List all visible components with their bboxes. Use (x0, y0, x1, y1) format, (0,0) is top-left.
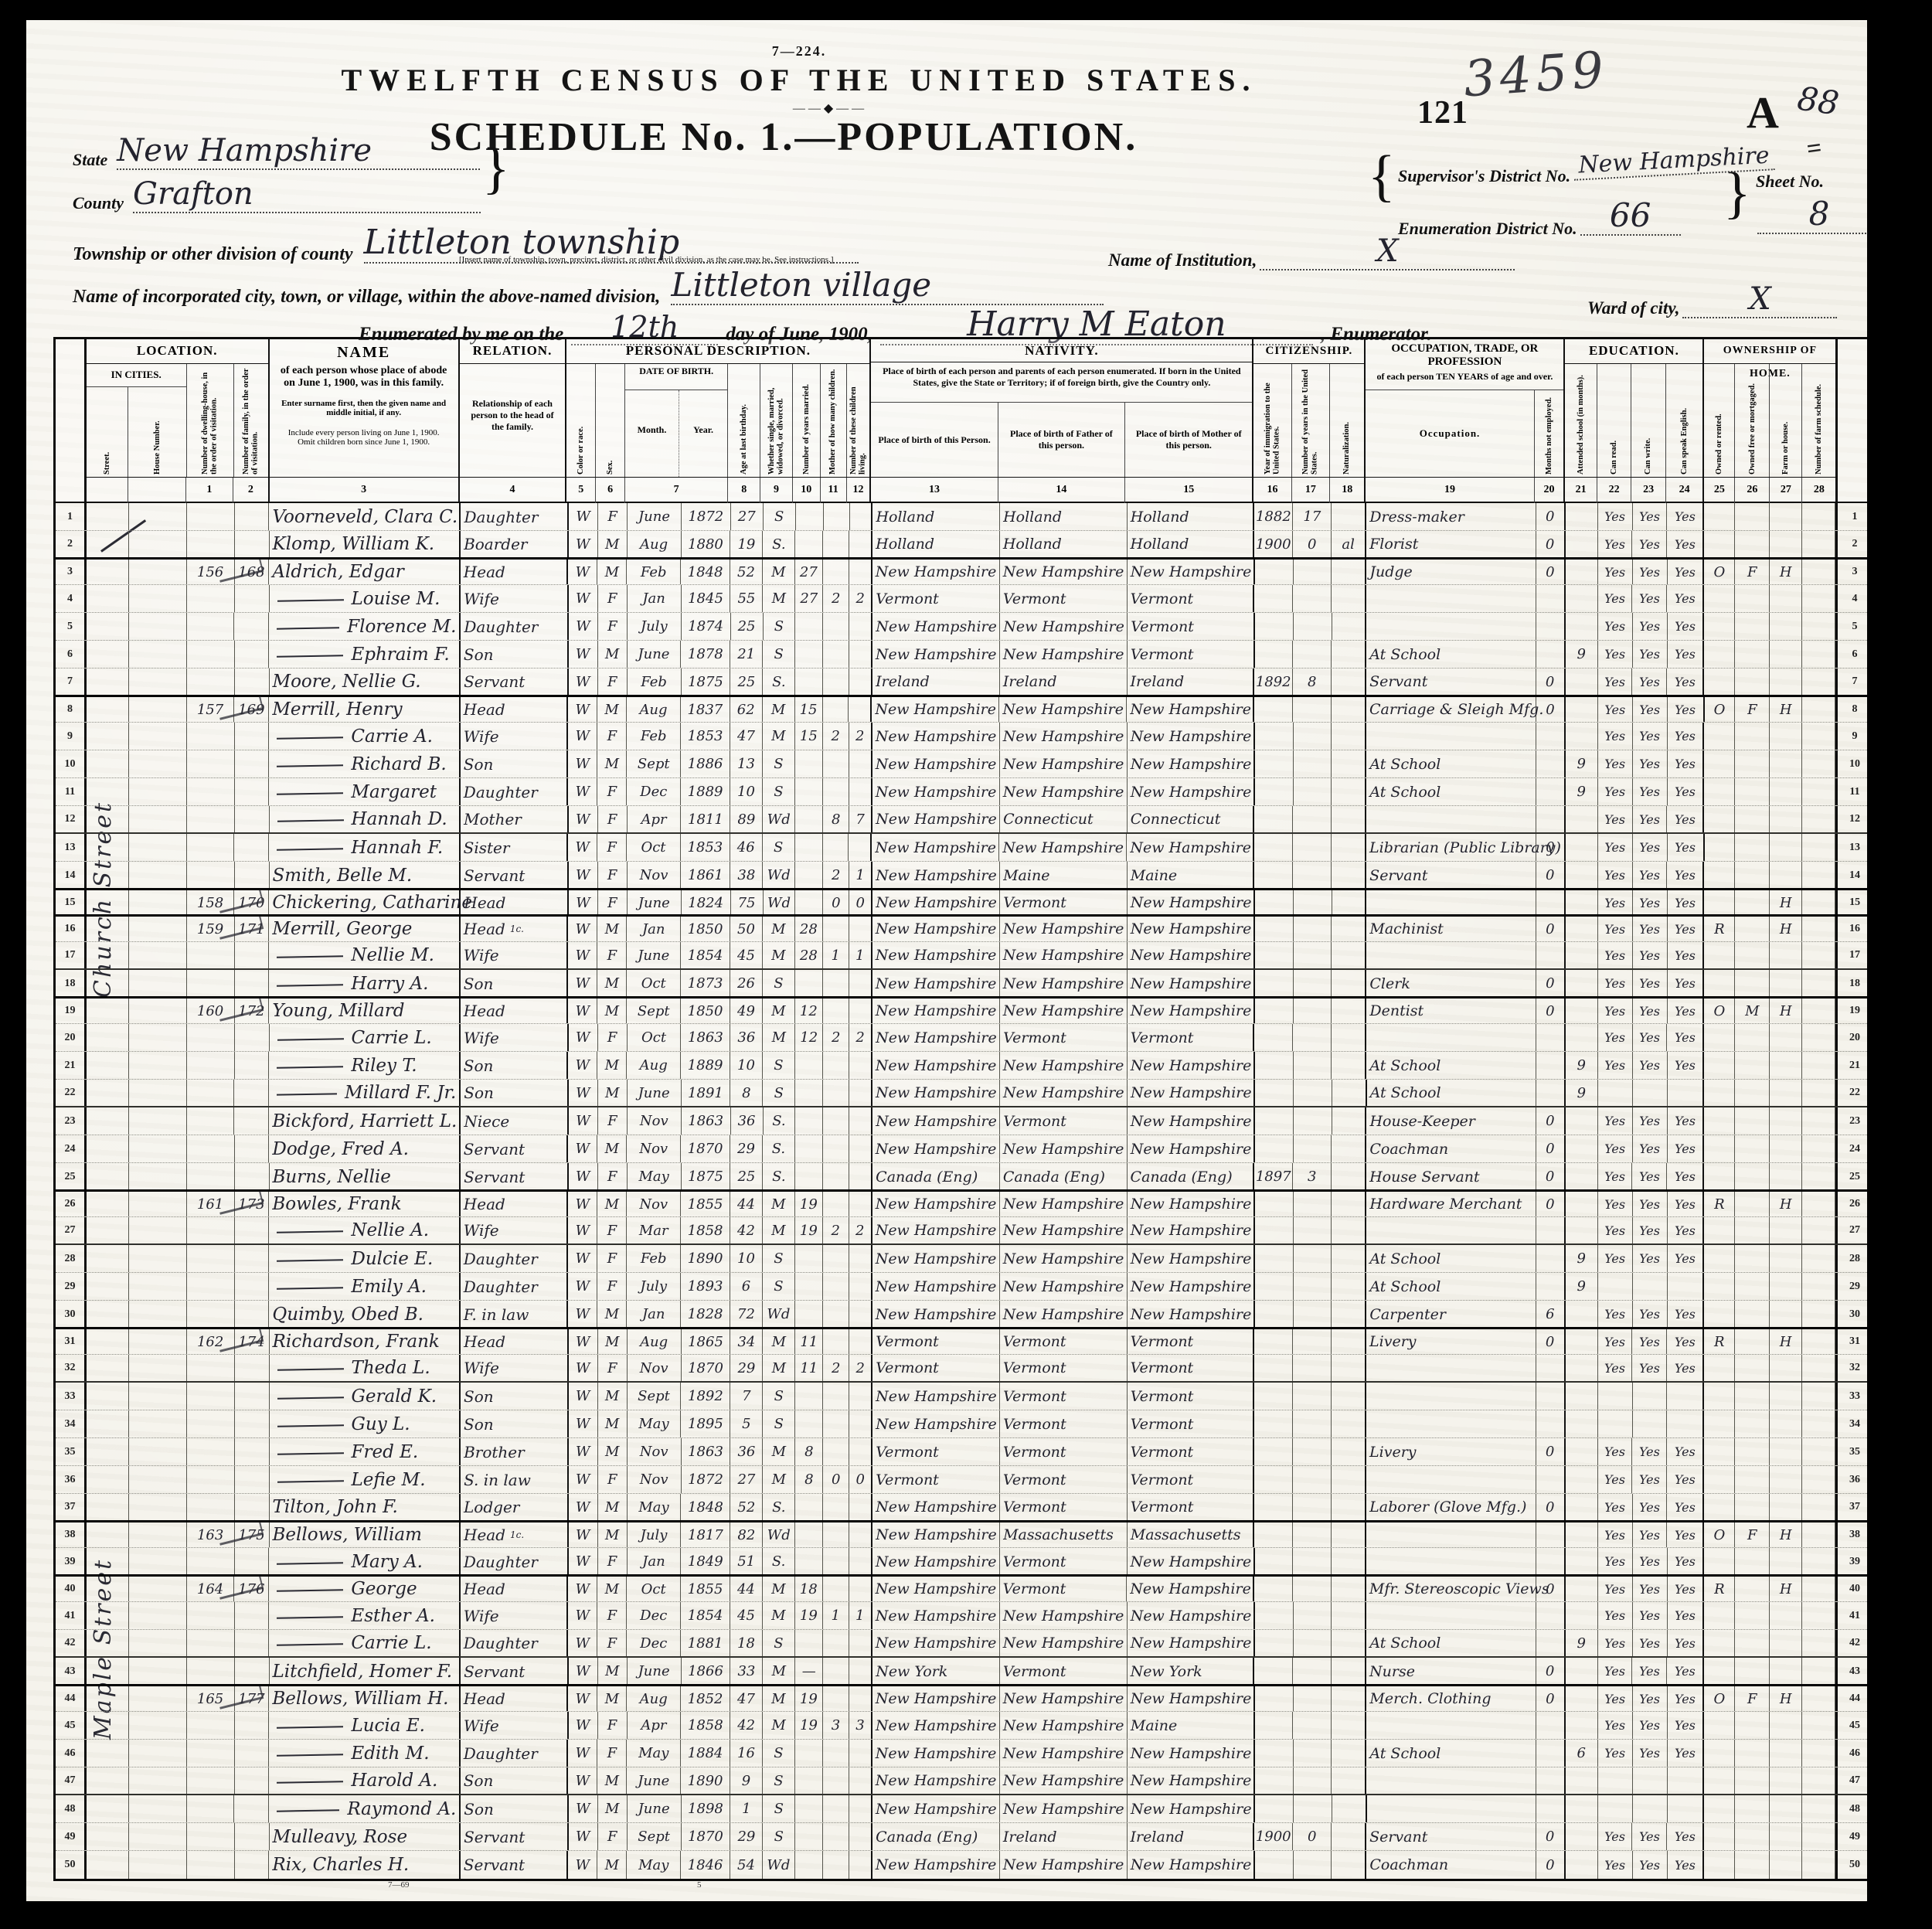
table-row: 23 Bickford, Harriett L. Niece W F Nov 1… (56, 1107, 1867, 1135)
cell-farm-or-house (1770, 1245, 1802, 1272)
cell-street (87, 1273, 129, 1300)
cell-birthplace-father: New Hampshire (1000, 1795, 1128, 1822)
cell-family-number (235, 1494, 270, 1520)
cell-birthplace-mother: Maine (1128, 1712, 1255, 1739)
nativity-desc: Place of birth of each person and parent… (871, 362, 1252, 403)
cell-naturalization (1332, 806, 1366, 832)
cell-color: W (569, 1329, 598, 1354)
cell-owned-or-rented (1704, 723, 1735, 750)
cell-street (87, 1052, 129, 1079)
cell-owned-free-or-mortgaged (1735, 1630, 1770, 1656)
cell-marital-status: S. (763, 1548, 795, 1575)
cell-naturalization (1332, 862, 1366, 889)
cell-farm-schedule-number (1802, 697, 1835, 722)
cell-birth-month: Nov (628, 1355, 682, 1381)
cell-house-number (129, 750, 187, 777)
cell-color: W (569, 585, 598, 612)
cell-years-in-us (1293, 1494, 1332, 1520)
cell-children-living (849, 1522, 872, 1547)
row-number-right: 24 (1835, 1135, 1867, 1162)
cell-house-number (129, 1548, 187, 1575)
cell-farm-or-house: H (1770, 999, 1802, 1023)
cell-naturalization (1332, 834, 1366, 861)
cell-house-number (129, 1851, 187, 1879)
cell-months-not-employed: 0 (1536, 970, 1566, 997)
table-row: 37 Tilton, John F. Lodger W M May 1848 5… (56, 1494, 1867, 1522)
cell-name: Young, Millard (269, 999, 460, 1023)
cell-birthplace-person: New Hampshire (872, 970, 1000, 997)
cell-months-not-employed: 0 (1536, 917, 1566, 941)
cell-can-write (1633, 1273, 1668, 1300)
cell-street (87, 1438, 129, 1465)
cell-dwelling-number (187, 1548, 235, 1575)
row-number-right: 45 (1835, 1712, 1867, 1739)
cell-age: 16 (730, 1740, 763, 1767)
cell-age: 27 (731, 503, 764, 530)
row-number-right: 4 (1835, 585, 1867, 612)
row-number-left: 25 (56, 1163, 87, 1190)
cell-marital-status: S (763, 1245, 795, 1272)
cell-children-living (849, 697, 872, 722)
cell-family-number (235, 970, 270, 997)
cell-owned-or-rented (1704, 970, 1735, 997)
cell-dwelling-number (187, 1024, 235, 1051)
cell-owned-free-or-mortgaged (1735, 750, 1770, 777)
cell-farm-schedule-number (1802, 1851, 1835, 1879)
name-note1: Enter surname first, then the given name… (276, 396, 452, 420)
cell-occupation (1366, 1410, 1536, 1437)
cell-owned-or-rented (1704, 1740, 1735, 1767)
cell-birth-year: 1845 (682, 585, 731, 612)
cell-years-married (795, 1410, 823, 1437)
cell-can-read (1598, 1080, 1633, 1106)
cell-relation: Sister (461, 834, 569, 861)
cell-birthplace-father: New Hampshire (1000, 1301, 1128, 1328)
cell-dwelling-number (187, 1740, 235, 1767)
cell-color: W (568, 778, 597, 805)
cell-can-read: Yes (1598, 834, 1633, 861)
cell-farm-or-house (1770, 1548, 1802, 1575)
cell-birthplace-father: New Hampshire (1000, 560, 1128, 584)
cell-can-speak-english: Yes (1667, 1355, 1704, 1381)
relation-desc: Relationship of each person to the head … (460, 395, 566, 436)
col-num-10: 10 (793, 478, 821, 503)
cell-owned-or-rented (1704, 1823, 1735, 1850)
cell-children-living (849, 1052, 872, 1079)
cell-birth-month: Jan (628, 1548, 682, 1575)
cell-marital-status: S (763, 641, 795, 668)
cell-farm-schedule-number (1802, 1438, 1835, 1465)
cell-years-in-us (1294, 999, 1332, 1023)
cell-birthplace-father: New Hampshire (1000, 1052, 1128, 1079)
cell-owned-free-or-mortgaged (1735, 1823, 1770, 1850)
cell-can-speak-english: Yes (1668, 641, 1705, 668)
cell-farm-or-house (1770, 1795, 1802, 1822)
cell-birthplace-mother: New Hampshire (1128, 999, 1255, 1023)
cell-birthplace-father: New Hampshire (999, 697, 1127, 722)
cell-birth-month: Nov (628, 1466, 682, 1493)
cell-can-read: Yes (1598, 862, 1633, 889)
cell-farm-or-house (1770, 613, 1802, 640)
cell-marital-status: M (763, 585, 795, 612)
cell-color: W (568, 1602, 597, 1629)
cell-sex: F (597, 1245, 627, 1272)
cell-owned-free-or-mortgaged (1735, 531, 1770, 557)
cell-name: Fred E. (270, 1438, 461, 1465)
cell-can-speak-english (1667, 1383, 1704, 1410)
cell-name: Edith M. (269, 1740, 460, 1767)
children-living-col-label: Number of these children living. (849, 364, 868, 477)
cell-attended-school: 6 (1566, 1740, 1598, 1767)
row-number-right: 23 (1835, 1107, 1867, 1135)
row-number-left: 34 (56, 1410, 87, 1437)
cell-owned-free-or-mortgaged: F (1735, 560, 1770, 584)
table-row: 44 165 177 Bellows, William H. Head W M … (56, 1684, 1867, 1712)
cell-mother-of-children (823, 1410, 849, 1437)
cell-occupation: Merch. Clothing (1366, 1686, 1536, 1711)
cell-street (87, 560, 129, 584)
cell-farm-schedule-number (1802, 750, 1835, 777)
cell-can-read: Yes (1598, 1466, 1633, 1493)
cell-can-speak-english: Yes (1667, 1329, 1704, 1354)
cell-can-read: Yes (1598, 970, 1633, 997)
cell-months-not-employed (1536, 1355, 1566, 1381)
table-row: 19 160 172 Young, Millard Head W M Sept … (56, 996, 1867, 1024)
cell-immigration-year (1254, 697, 1293, 722)
cell-can-read: Yes (1598, 1052, 1633, 1079)
table-row: 40 164 176 George Head W M Oct 1855 44 M… (56, 1574, 1867, 1602)
cell-mother-of-children (823, 1823, 849, 1850)
cell-years-in-us (1293, 1383, 1332, 1410)
cell-owned-or-rented (1704, 1438, 1735, 1465)
cell-birth-year: 1848 (681, 1494, 730, 1520)
cell-sex: F (598, 1107, 628, 1135)
cell-years-married: 28 (795, 942, 823, 968)
row-number-right: 18 (1835, 970, 1867, 997)
cell-children-living (849, 917, 872, 941)
cell-age: 13 (730, 750, 763, 777)
cell-owned-or-rented (1704, 1355, 1735, 1381)
institution-label: Name of Institution, (1108, 250, 1257, 270)
col-num-28: 28 (1802, 478, 1835, 503)
cell-birthplace-father: New Hampshire (1000, 942, 1128, 968)
row-number-left: 8 (56, 697, 87, 722)
cell-birthplace-father: New Hampshire (1000, 1767, 1128, 1794)
cell-sex: F (598, 1024, 628, 1051)
cell-relation: Son (461, 1052, 569, 1079)
cell-color: W (569, 1383, 598, 1410)
cell-farm-schedule-number (1802, 669, 1835, 695)
cell-can-write: Yes (1632, 1355, 1667, 1381)
cell-owned-or-rented (1704, 641, 1735, 668)
cell-marital-status: M (763, 1355, 795, 1381)
cell-family-number (234, 1107, 269, 1135)
cell-can-read (1598, 1410, 1633, 1437)
row-number-right: 27 (1835, 1217, 1867, 1243)
cell-dwelling-number (187, 503, 235, 530)
cell-farm-or-house (1770, 1410, 1802, 1437)
cell-occupation (1366, 613, 1536, 640)
cell-months-not-employed: 0 (1536, 697, 1566, 722)
cell-children-living (849, 1823, 872, 1850)
cell-relation: Son (461, 750, 569, 777)
cell-immigration-year (1255, 1712, 1294, 1739)
row-number-right: 3 (1835, 560, 1867, 584)
cell-years-married (795, 1080, 823, 1106)
cell-color: W (569, 1548, 598, 1575)
cell-farm-or-house (1770, 1383, 1802, 1410)
cell-name: Harry A. (269, 970, 460, 997)
cell-farm-or-house (1770, 585, 1802, 612)
cell-attended-school (1566, 503, 1598, 530)
table-row: 47 Harold A. Son W M June 1890 9 S New H… (56, 1767, 1867, 1795)
cell-birthplace-person: New Hampshire (872, 1135, 1000, 1162)
cell-naturalization (1332, 560, 1366, 584)
cell-street (87, 917, 129, 941)
cell-naturalization (1332, 641, 1366, 668)
cell-months-not-employed (1536, 723, 1566, 750)
cell-years-in-us (1294, 1192, 1332, 1216)
col-num-8: 8 (728, 478, 760, 503)
cell-house-number (129, 1494, 187, 1520)
cell-color: W (568, 750, 597, 777)
row-number-right: 35 (1835, 1438, 1867, 1465)
cell-birthplace-father: Vermont (1000, 1466, 1128, 1493)
cell-house-number (129, 1795, 187, 1822)
cell-birth-year: 1865 (682, 1329, 731, 1354)
cell-sex: F (598, 890, 628, 915)
cell-can-read: Yes (1598, 917, 1633, 941)
cell-sex: M (598, 1438, 628, 1465)
table-row: 27 Nellie A. Wife W F Mar 1858 42 M 19 2… (56, 1217, 1867, 1245)
cell-attended-school (1566, 862, 1598, 889)
cell-relation: Head1c. (461, 917, 569, 941)
cell-mother-of-children: 3 (823, 1712, 849, 1739)
cell-house-number (129, 1135, 187, 1162)
cell-immigration-year (1255, 1135, 1294, 1162)
cell-birthplace-person: New Hampshire (872, 1052, 1000, 1079)
cell-birth-year: 1863 (681, 1024, 730, 1051)
cell-can-write (1633, 1795, 1668, 1822)
cell-can-read: Yes (1598, 942, 1633, 968)
cell-street (87, 613, 129, 640)
cell-mother-of-children (823, 1192, 849, 1216)
cell-owned-or-rented (1704, 1466, 1735, 1493)
cell-owned-or-rented (1704, 1767, 1735, 1794)
cell-can-write: Yes (1633, 1192, 1668, 1216)
cell-name: Merrill, George (269, 917, 460, 941)
farm-schedule-col-label: Number of farm schedule. (1814, 364, 1825, 477)
cell-years-married: 15 (795, 723, 823, 750)
cell-can-read: Yes (1598, 778, 1633, 805)
cell-can-speak-english: Yes (1667, 1658, 1704, 1685)
cell-dwelling-number (187, 1602, 235, 1629)
cell-birth-month: Dec (627, 778, 681, 805)
cell-dwelling-number (187, 778, 235, 805)
cell-age: 52 (730, 1494, 763, 1520)
cell-birthplace-person: New Hampshire (872, 750, 1000, 777)
cell-birthplace-mother: New Hampshire (1128, 1795, 1255, 1822)
cell-birthplace-father: New Hampshire (1000, 999, 1128, 1023)
cell-birthplace-person: New Hampshire (872, 1712, 1000, 1739)
cell-attended-school: 9 (1566, 778, 1598, 805)
cell-owned-free-or-mortgaged (1735, 1767, 1770, 1794)
cell-farm-schedule-number (1802, 970, 1835, 997)
cell-marital-status: M (763, 697, 795, 722)
stamp-number: 121 (1417, 94, 1468, 131)
cell-birthplace-mother: New Hampshire (1128, 1080, 1255, 1106)
cell-attended-school (1566, 1107, 1598, 1135)
nativity-title: NATIVITY. (871, 339, 1252, 362)
cell-relation: Son (461, 1795, 569, 1822)
cell-house-number (129, 503, 187, 530)
cell-naturalization (1332, 778, 1366, 805)
row-number-right: 11 (1835, 778, 1867, 805)
table-row: 28 Dulcie E. Daughter W F Feb 1890 10 S … (56, 1245, 1867, 1273)
cell-mother-of-children (823, 834, 849, 861)
page-title: TWELFTH CENSUS OF THE UNITED STATES. (26, 62, 1572, 98)
cell-sex: M (597, 999, 627, 1023)
cell-farm-or-house (1770, 1712, 1802, 1739)
cell-farm-schedule-number (1802, 1163, 1835, 1190)
table-row: 4 Louise M. Wife W F Jan 1845 55 M 27 2 … (56, 585, 1867, 613)
cell-birthplace-mother: Vermont (1128, 1438, 1255, 1465)
cell-attended-school (1566, 1712, 1598, 1739)
cell-birth-month: Aug (628, 1329, 682, 1354)
cell-months-not-employed (1536, 1522, 1566, 1547)
census-scan: { "letterhead": { "form_no": "7—224.", "… (0, 0, 1932, 1929)
cell-house-number (129, 1466, 187, 1493)
attended-school-col-label: Attended school (in months). (1576, 364, 1587, 477)
dwelling-number-col-label: Number of dwelling-house, in the order o… (200, 364, 219, 477)
cell-name: Margaret (269, 778, 460, 805)
cell-street (87, 1548, 129, 1575)
cell-birthplace-person: New Hampshire (872, 1740, 1000, 1767)
cell-owned-or-rented: O (1704, 999, 1735, 1023)
cell-farm-schedule-number (1802, 613, 1835, 640)
cell-relation: Wife (461, 942, 569, 968)
cell-birth-year: 1872 (682, 1466, 731, 1493)
cell-family-number (235, 1712, 270, 1739)
cell-can-write: Yes (1633, 503, 1668, 530)
township-label: Township or other division of county (73, 244, 353, 264)
cell-owned-or-rented (1704, 1135, 1735, 1162)
cell-color: W (568, 697, 597, 722)
cell-family-number (235, 942, 270, 968)
cell-birth-year: 1852 (681, 1686, 730, 1711)
cell-children-living (849, 1192, 872, 1216)
cell-house-number (129, 1245, 187, 1272)
cell-marital-status: S (763, 834, 795, 861)
cell-birthplace-person: New Hampshire (872, 1494, 1000, 1520)
cell-attended-school: 9 (1566, 1052, 1598, 1079)
cell-years-married: 19 (795, 1217, 823, 1243)
cell-relation: Servant (461, 1163, 569, 1190)
cell-color: W (568, 1851, 597, 1879)
cell-mother-of-children (823, 1658, 849, 1685)
cell-name: Bickford, Harriett L. (269, 1107, 461, 1135)
cell-can-write: Yes (1633, 1630, 1668, 1656)
cell-years-married (795, 1163, 823, 1190)
cell-can-read: Yes (1598, 1740, 1633, 1767)
cell-naturalization (1332, 1024, 1366, 1051)
cell-age: 10 (730, 778, 763, 805)
cell-can-write: Yes (1633, 917, 1668, 941)
cell-can-read (1598, 1273, 1633, 1300)
cell-years-married (795, 1851, 823, 1879)
cell-owned-free-or-mortgaged (1735, 970, 1770, 997)
row-number-right: 2 (1835, 531, 1867, 557)
cell-farm-schedule-number (1802, 560, 1835, 584)
cell-occupation (1366, 1767, 1536, 1794)
cell-age: 72 (730, 1301, 763, 1328)
cell-birthplace-person: New Hampshire (872, 917, 1000, 941)
row-number-right: 30 (1835, 1301, 1867, 1328)
cell-months-not-employed: 0 (1536, 1438, 1566, 1465)
cell-occupation: Livery (1366, 1438, 1536, 1465)
farm-house-col-label: Farm or house. (1781, 364, 1791, 477)
col-num-23: 23 (1631, 478, 1666, 503)
cell-farm-schedule-number (1802, 1245, 1835, 1272)
cell-dwelling-number (187, 531, 235, 557)
col-num-22: 22 (1597, 478, 1632, 503)
cell-street (87, 1107, 129, 1135)
cell-street (87, 1135, 129, 1162)
row-number-right: 28 (1835, 1245, 1867, 1272)
cell-children-living (849, 1245, 872, 1272)
cell-owned-free-or-mortgaged (1735, 1712, 1770, 1739)
cell-children-living (849, 1795, 872, 1822)
name-desc: of each person whose place of abode on J… (276, 362, 452, 393)
cell-street (87, 970, 129, 997)
cell-farm-or-house (1770, 1851, 1802, 1879)
cell-immigration-year (1255, 1245, 1294, 1272)
cell-mother-of-children: 2 (823, 1355, 849, 1381)
row-number-left: 17 (56, 942, 87, 968)
row-number-right: 44 (1835, 1686, 1867, 1711)
cell-name: Lefie M. (270, 1466, 461, 1493)
cell-farm-or-house (1770, 1217, 1802, 1243)
row-number-left: 21 (56, 1052, 87, 1079)
cell-family-number (235, 1548, 270, 1575)
cell-occupation: At School (1366, 641, 1536, 668)
cell-farm-schedule-number (1802, 585, 1835, 612)
cell-months-not-employed: 0 (1536, 503, 1566, 530)
cell-can-write: Yes (1632, 1438, 1667, 1465)
cell-can-read: Yes (1598, 1329, 1633, 1354)
cell-birth-year: 1875 (682, 669, 731, 695)
cell-birthplace-person: New Hampshire (872, 862, 1000, 889)
cell-naturalization (1332, 1438, 1366, 1465)
cell-can-speak-english: Yes (1668, 1577, 1705, 1601)
cell-years-married (795, 1383, 823, 1410)
cell-farm-or-house (1770, 641, 1802, 668)
cell-farm-or-house (1770, 1135, 1802, 1162)
cell-attended-school (1566, 1767, 1598, 1794)
cell-birth-month: June (628, 641, 682, 668)
cell-can-speak-english: Yes (1668, 890, 1705, 915)
row-number-left: 32 (56, 1355, 87, 1381)
cell-birthplace-father: New Hampshire (1000, 1602, 1128, 1629)
row-number-right: 38 (1835, 1522, 1867, 1547)
cell-relation: Wife (461, 585, 569, 612)
cell-years-in-us (1293, 1438, 1332, 1465)
cell-can-write: Yes (1632, 1163, 1667, 1190)
cell-naturalization (1332, 1301, 1366, 1328)
cell-sex: F (598, 862, 628, 889)
cell-house-number (129, 723, 187, 750)
cell-sex: M (598, 1522, 628, 1547)
